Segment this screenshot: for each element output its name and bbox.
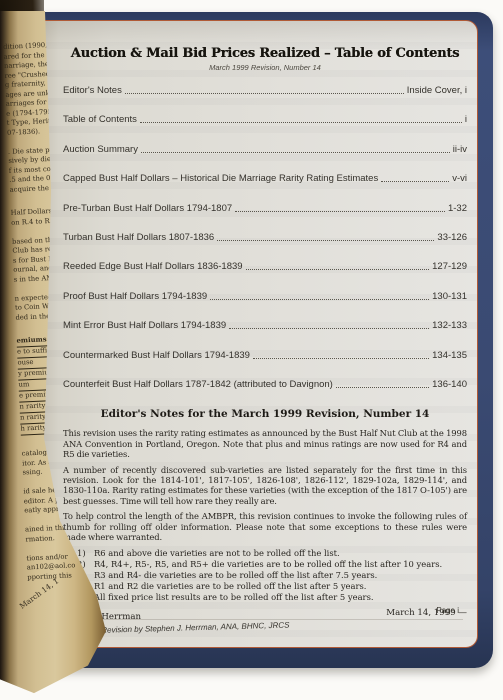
- rolloff-rule: 4) R1 and R2 die varieties are to be rol…: [77, 581, 467, 592]
- rule-text: R6 and above die varieties are not to be…: [94, 548, 340, 559]
- toc-entry-page: 1-32: [448, 203, 467, 214]
- toc-entry-label: Table of Contents: [63, 114, 137, 125]
- page-number: Page i: [436, 606, 459, 615]
- toc-entry-page: 127-129: [432, 261, 467, 272]
- toc-entry-page: ii-iv: [453, 144, 467, 155]
- toc-entry-page: Inside Cover, i: [407, 85, 467, 96]
- toc-entry-label: Countermarked Bust Half Dollars 1794-183…: [63, 350, 250, 361]
- toc-row: Table of Contents i: [63, 114, 467, 125]
- toc-entry-page: v-vi: [452, 173, 467, 184]
- toc-entry-label: Reeded Edge Bust Half Dollars 1836-1839: [63, 261, 243, 272]
- toc-dot-leader: [210, 299, 429, 300]
- toc-row: Pre-Turban Bust Half Dollars 1794-1807 1…: [63, 203, 467, 214]
- toc-page: Auction & Mail Bid Prices Realized – Tab…: [40, 20, 478, 648]
- rolloff-rules-list: 1) R6 and above die varieties are not to…: [77, 548, 467, 604]
- toc-dot-leader: [217, 240, 434, 241]
- rolloff-rule: 1) R6 and above die varieties are not to…: [77, 548, 467, 559]
- page-subtitle: March 1999 Revision, Number 14: [63, 63, 467, 72]
- toc-entry-label: Pre-Turban Bust Half Dollars 1794-1807: [63, 203, 232, 214]
- rolloff-rule: 2) R4, R4+, R5-, R5, and R5+ die varieti…: [77, 559, 467, 570]
- toc-entry-page: 136-140: [432, 379, 467, 390]
- toc-entry-label: Capped Bust Half Dollars – Historical Di…: [63, 173, 378, 184]
- editors-notes-heading: Editor's Notes for the March 1999 Revisi…: [63, 408, 467, 420]
- toc-row: Editor's Notes Inside Cover, i: [63, 85, 467, 96]
- book-photo: Auction & Mail Bid Prices Realized – Tab…: [0, 0, 503, 700]
- toc-entry-label: Editor's Notes: [63, 85, 122, 96]
- toc-dot-leader: [253, 358, 429, 359]
- toc-dot-leader: [140, 122, 462, 123]
- toc-dot-leader: [229, 328, 429, 329]
- toc-row: Auction Summary ii-iv: [63, 144, 467, 155]
- toc-entry-page: 33-126: [437, 232, 467, 243]
- toc-row: Capped Bust Half Dollars – Historical Di…: [63, 173, 467, 184]
- rolloff-rule: 3) R3 and R4- die varieties are to be ro…: [77, 570, 467, 581]
- toc-entry-label: Counterfeit Bust Half Dollars 1787-1842 …: [63, 379, 333, 390]
- toc-entry-label: Turban Bust Half Dollars 1807-1836: [63, 232, 214, 243]
- toc-row: Mint Error Bust Half Dollars 1794-1839 1…: [63, 320, 467, 331]
- rule-text: R1 and R2 die varieties are to be rolled…: [94, 581, 366, 592]
- editors-notes-paragraph: To help control the length of the AMBPR,…: [63, 511, 467, 542]
- footer-divider: [61, 619, 463, 620]
- rule-text: R3 and R4- die varieties are to be rolle…: [94, 570, 377, 581]
- page-title: Auction & Mail Bid Prices Realized – Tab…: [63, 46, 467, 61]
- editors-notes-paragraph: A number of recently discovered sub-vari…: [63, 465, 467, 507]
- toc-row: Proof Bust Half Dollars 1794-1839 130-13…: [63, 291, 467, 302]
- toc-row: Countermarked Bust Half Dollars 1794-183…: [63, 350, 467, 361]
- toc-dot-leader: [141, 152, 450, 153]
- toc-entry-page: 130-131: [432, 291, 467, 302]
- toc-dot-leader: [125, 93, 404, 94]
- toc-row: Turban Bust Half Dollars 1807-1836 33-12…: [63, 232, 467, 243]
- toc-entry-page: i: [465, 114, 467, 125]
- rule-number: 1): [77, 548, 94, 559]
- rule-text: R4, R4+, R5-, R5, and R5+ die varieties …: [94, 559, 442, 570]
- table-of-contents: Editor's Notes Inside Cover, i Table of …: [63, 85, 467, 390]
- toc-dot-leader: [235, 211, 445, 212]
- toc-entry-label: Proof Bust Half Dollars 1794-1839: [63, 291, 207, 302]
- toc-row: Reeded Edge Bust Half Dollars 1836-1839 …: [63, 261, 467, 272]
- toc-entry-page: 132-133: [432, 320, 467, 331]
- toc-dot-leader: [381, 181, 449, 182]
- toc-row: Counterfeit Bust Half Dollars 1787-1842 …: [63, 379, 467, 390]
- toc-entry-label: Auction Summary: [63, 144, 138, 155]
- toc-dot-leader: [336, 387, 429, 388]
- toc-entry-label: Mint Error Bust Half Dollars 1794-1839: [63, 320, 226, 331]
- editors-notes-paragraph: This revision uses the rarity rating est…: [63, 428, 467, 459]
- toc-entry-page: 134-135: [432, 350, 467, 361]
- rolloff-rule: 5) All fixed price list results are to b…: [77, 592, 467, 603]
- rule-text: All fixed price list results are to be r…: [94, 592, 374, 603]
- toc-dot-leader: [246, 269, 430, 270]
